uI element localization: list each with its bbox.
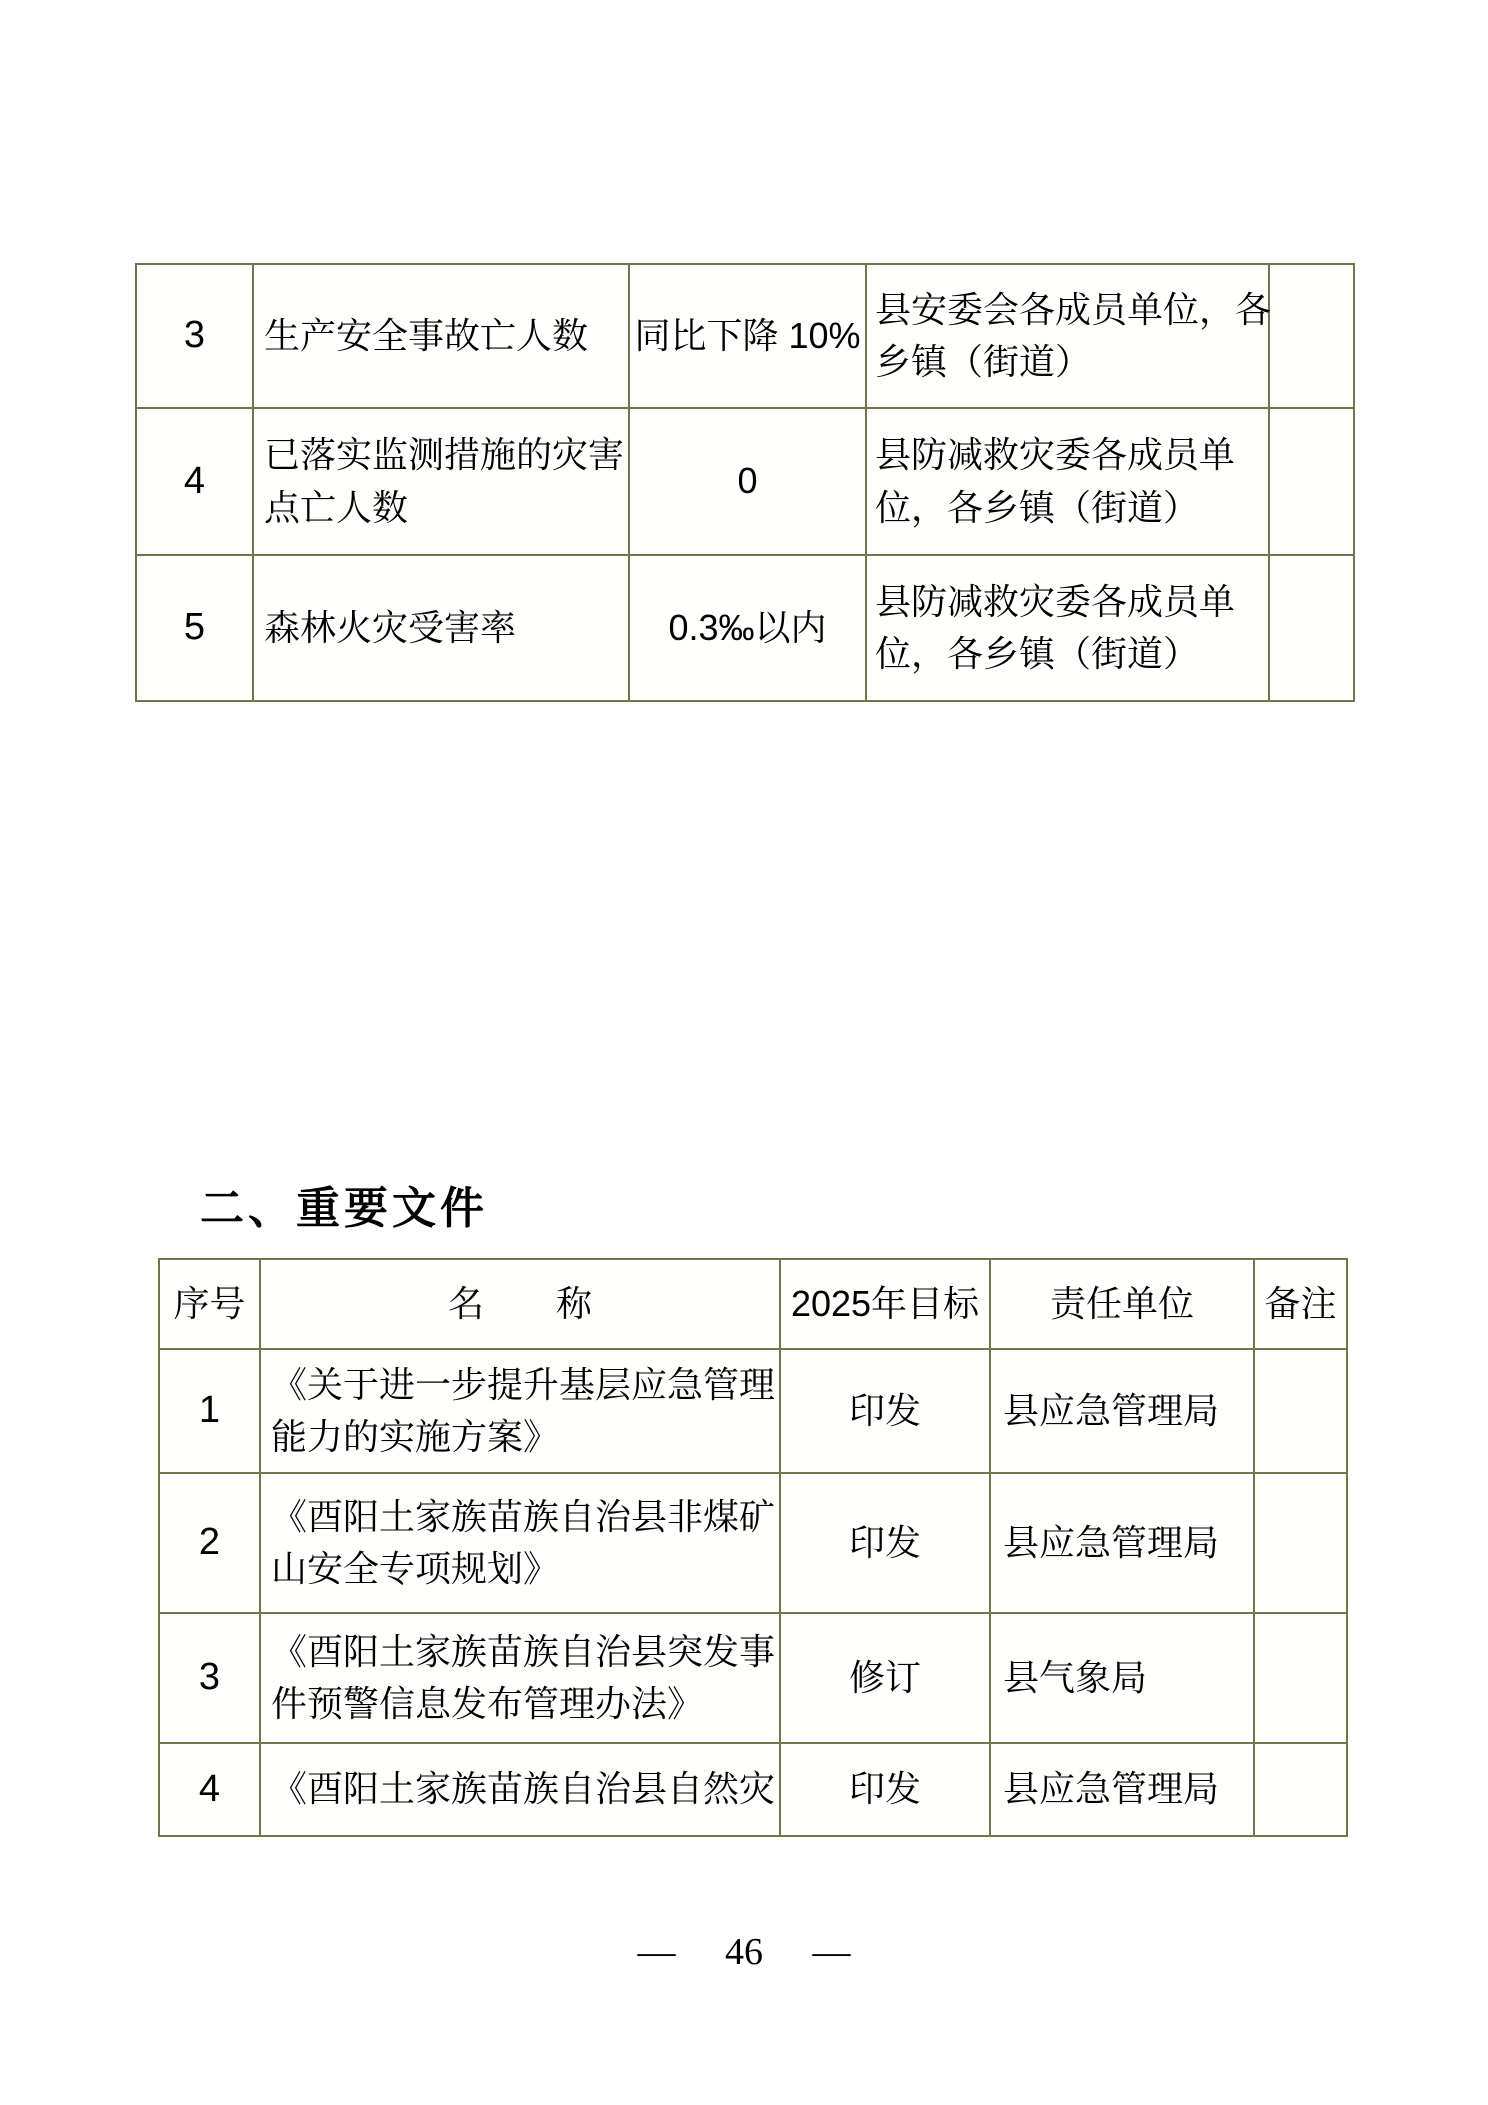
cell-unit: 县应急管理局: [990, 1473, 1254, 1613]
cell-target: 印发: [780, 1743, 990, 1836]
cell-unit: 县应急管理局: [990, 1743, 1254, 1836]
cell-index: 2: [159, 1473, 260, 1613]
table-row: 1 《关于进一步提升基层应急管理 能力的实施方案》 印发 县应急管理局: [159, 1349, 1347, 1473]
header-target: 2025年目标: [780, 1259, 990, 1349]
cell-unit: 县安委会各成员单位，各 乡镇（街道）: [866, 264, 1269, 408]
cell-name: 《酉阳土家族苗族自治县突发事 件预警信息发布管理办法》: [260, 1613, 780, 1743]
header-name: 名 称: [260, 1259, 780, 1349]
cell-unit: 县应急管理局: [990, 1349, 1254, 1473]
indicators-table: 3 生产安全事故亡人数 同比下降 10% 县安委会各成员单位，各 乡镇（街道） …: [135, 263, 1355, 702]
cell-remark: [1254, 1743, 1347, 1836]
cell-index: 3: [159, 1613, 260, 1743]
cell-remark: [1269, 264, 1354, 408]
table-row: 4 《酉阳土家族苗族自治县自然灾 印发 县应急管理局: [159, 1743, 1347, 1836]
table-row: 3 《酉阳土家族苗族自治县突发事 件预警信息发布管理办法》 修订 县气象局: [159, 1613, 1347, 1743]
cell-index: 5: [136, 555, 253, 701]
cell-target: 0.3‰以内: [629, 555, 866, 701]
cell-unit: 县防减救灾委各成员单 位，各乡镇（街道）: [866, 555, 1269, 701]
cell-name: 森林火灾受害率: [253, 555, 629, 701]
cell-target: 印发: [780, 1473, 990, 1613]
cell-remark: [1269, 555, 1354, 701]
cell-unit: 县防减救灾委各成员单 位，各乡镇（街道）: [866, 408, 1269, 555]
cell-index: 4: [159, 1743, 260, 1836]
cell-target: 同比下降 10%: [629, 264, 866, 408]
cell-unit: 县气象局: [990, 1613, 1254, 1743]
cell-target: 0: [629, 408, 866, 555]
cell-target: 印发: [780, 1349, 990, 1473]
cell-remark: [1254, 1613, 1347, 1743]
cell-remark: [1254, 1349, 1347, 1473]
table-row: 5 森林火灾受害率 0.3‰以内 县防减救灾委各成员单 位，各乡镇（街道）: [136, 555, 1354, 701]
important-documents-table: 序号 名 称 2025年目标 责任单位 备注 1 《关于进一步提升基层应急管理 …: [158, 1258, 1348, 1837]
cell-name: 生产安全事故亡人数: [253, 264, 629, 408]
document-page: 3 生产安全事故亡人数 同比下降 10% 县安委会各成员单位，各 乡镇（街道） …: [0, 0, 1488, 2105]
cell-name: 《酉阳土家族苗族自治县非煤矿 山安全专项规划》: [260, 1473, 780, 1613]
section-heading: 二、重要文件: [200, 1172, 488, 1236]
cell-name: 《关于进一步提升基层应急管理 能力的实施方案》: [260, 1349, 780, 1473]
table-row: 2 《酉阳土家族苗族自治县非煤矿 山安全专项规划》 印发 县应急管理局: [159, 1473, 1347, 1613]
header-unit: 责任单位: [990, 1259, 1254, 1349]
cell-target: 修订: [780, 1613, 990, 1743]
page-number: — 46 —: [0, 1930, 1488, 1974]
cell-index: 1: [159, 1349, 260, 1473]
table-header-row: 序号 名 称 2025年目标 责任单位 备注: [159, 1259, 1347, 1349]
cell-index: 4: [136, 408, 253, 555]
cell-name: 已落实监测措施的灾害 点亡人数: [253, 408, 629, 555]
cell-name: 《酉阳土家族苗族自治县自然灾: [260, 1743, 780, 1836]
cell-remark: [1269, 408, 1354, 555]
header-index: 序号: [159, 1259, 260, 1349]
cell-remark: [1254, 1473, 1347, 1613]
table-row: 3 生产安全事故亡人数 同比下降 10% 县安委会各成员单位，各 乡镇（街道）: [136, 264, 1354, 408]
header-remark: 备注: [1254, 1259, 1347, 1349]
table-row: 4 已落实监测措施的灾害 点亡人数 0 县防减救灾委各成员单 位，各乡镇（街道）: [136, 408, 1354, 555]
cell-index: 3: [136, 264, 253, 408]
